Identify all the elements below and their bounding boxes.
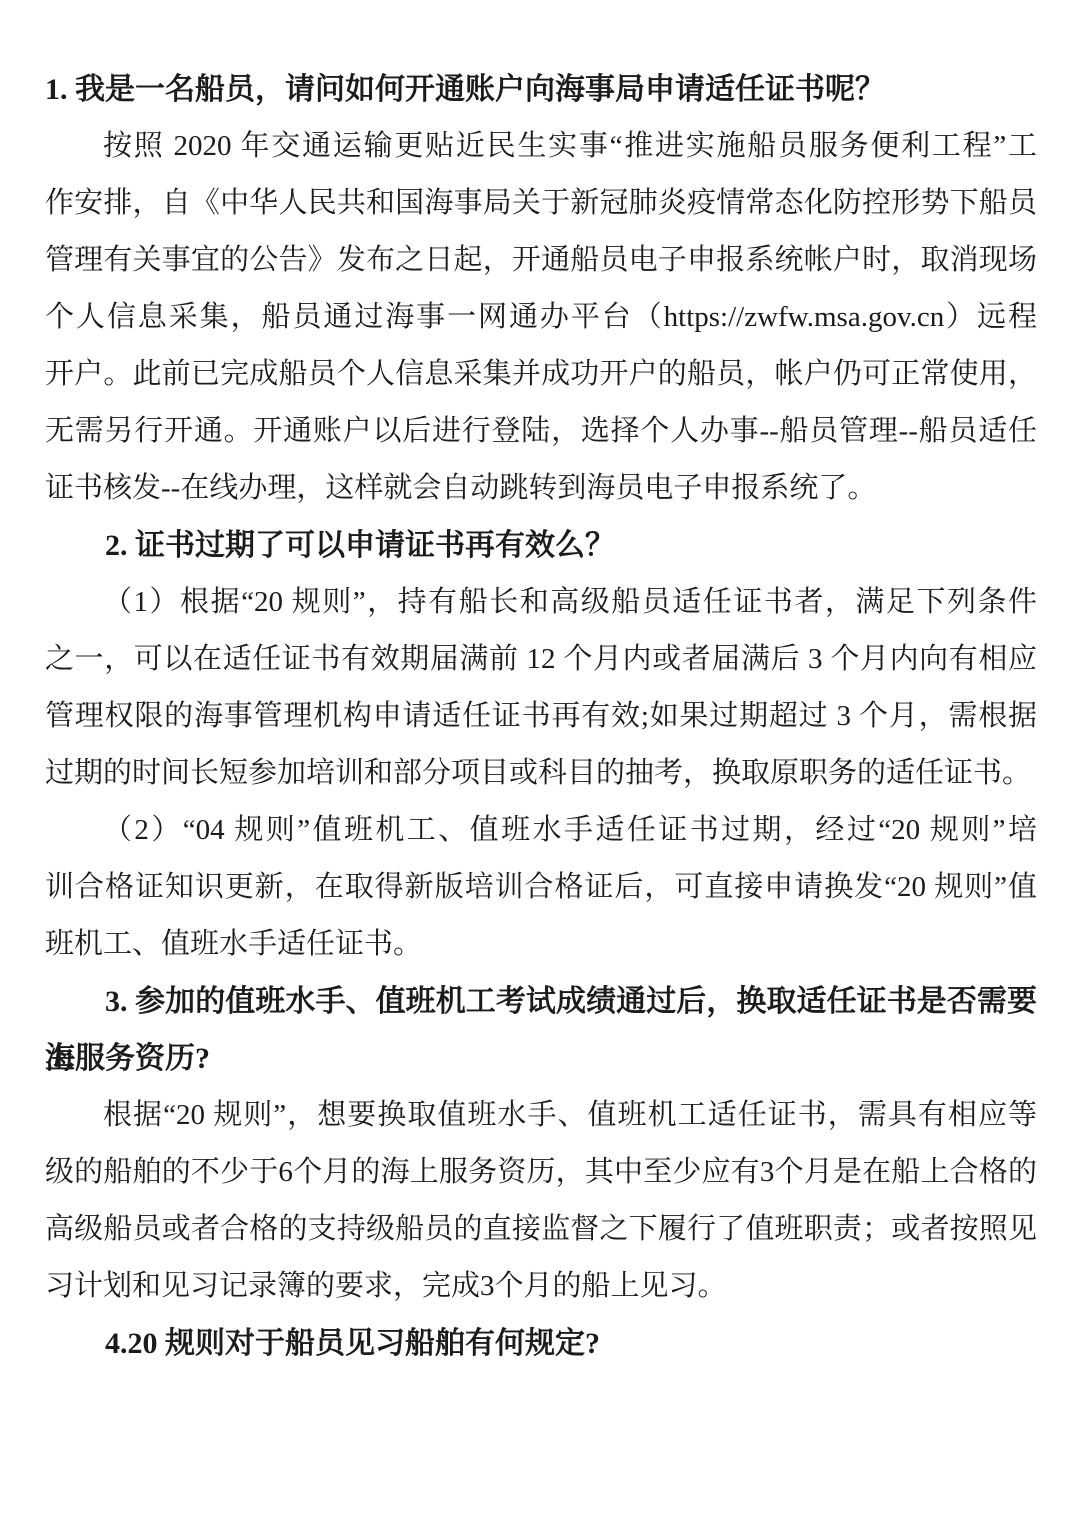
faq-answer-1-line-3: 管理有关事宜的公告》发布之日起，开通船员电子申报系统帐户时，取消现场 [45, 232, 1037, 289]
faq-answer-3-line-3: 高级船员或者合格的支持级船员的直接监督之下履行了值班职责；或者按照见 [45, 1201, 1037, 1258]
faq-answer-1-line-4: 个人信息采集，船员通过海事一网通办平台（https://zwfw.msa.gov… [45, 289, 1037, 346]
faq-answer-1-line-7: 证书核发--在线办理，这样就会自动跳转到海员电子申报系统了。 [45, 460, 1037, 517]
faq-question-1-heading: 1. 我是一名船员，请问如何开通账户向海事局申请适任证书呢？ [45, 61, 1037, 118]
faq-answer-2-item-1-line-3: 管理权限的海事管理机构申请适任证书再有效;如果过期超过 3 个月，需根据 [45, 688, 1037, 745]
faq-answer-1-line-5: 开户。此前已完成船员个人信息采集并成功开户的船员，帐户仍可正常使用， [45, 346, 1037, 403]
faq-answer-3-line-2: 级的船舶的不少于6个月的海上服务资历，其中至少应有3个月是在船上合格的 [45, 1144, 1037, 1201]
faq-answer-2-item-1-line-1: （1）根据“20 规则”，持有船长和高级船员适任证书者，满足下列条件 [45, 574, 1037, 631]
faq-document-page: 1. 我是一名船员，请问如何开通账户向海事局申请适任证书呢？ 按照 2020 年… [0, 0, 1080, 1527]
faq-answer-2-item-2-line-2: 训合格证知识更新，在取得新版培训合格证后，可直接申请换发“20 规则”值 [45, 859, 1037, 916]
faq-answer-3-line-4: 习计划和见习记录簿的要求，完成3个月的船上见习。 [45, 1258, 1037, 1315]
faq-answer-2-item-1-line-4: 过期的时间长短参加培训和部分项目或科目的抽考，换取原职务的适任证书。 [45, 745, 1037, 802]
faq-question-4-heading: 4.20 规则对于船员见习船舶有何规定? [45, 1315, 1037, 1372]
faq-answer-2-item-1-line-2: 之一，可以在适任证书有效期届满前 12 个月内或者届满后 3 个月内向有相应 [45, 631, 1037, 688]
faq-answer-1-line-6: 无需另行开通。开通账户以后进行登陆，选择个人办事--船员管理--船员适任 [45, 403, 1037, 460]
faq-question-2-heading: 2. 证书过期了可以申请证书再有效么？ [45, 517, 1037, 574]
faq-answer-3-line-1: 根据“20 规则”，想要换取值班水手、值班机工适任证书，需具有相应等 [45, 1087, 1037, 1144]
faq-question-3-heading-line-2: 上服务资历? [45, 1030, 1037, 1087]
faq-answer-1-line-2: 作安排，自《中华人民共和国海事局关于新冠肺炎疫情常态化防控形势下船员 [45, 175, 1037, 232]
faq-answer-1-line-1: 按照 2020 年交通运输更贴近民生实事“推进实施船员服务便利工程”工 [45, 118, 1037, 175]
faq-answer-2-item-2-line-3: 班机工、值班水手适任证书。 [45, 916, 1037, 973]
faq-answer-2-item-2-line-1: （2）“04 规则”值班机工、值班水手适任证书过期，经过“20 规则”培 [45, 802, 1037, 859]
faq-question-3-heading-line-1: 3. 参加的值班水手、值班机工考试成绩通过后，换取适任证书是否需要海 [45, 973, 1037, 1030]
